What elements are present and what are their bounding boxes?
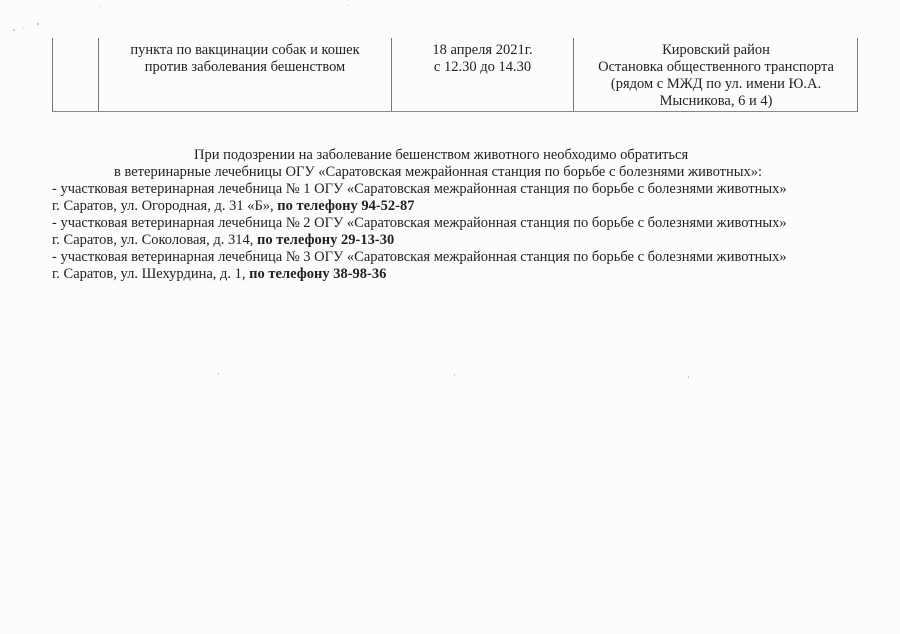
place-line: Кировский район (574, 42, 858, 59)
clinic-phone: по телефону 94-52-87 (277, 198, 414, 214)
clinic-name: - участковая ветеринарная лечебница № 1 … (52, 181, 852, 198)
clinic-address-line: г. Саратов, ул. Соколовая, д. 314, по те… (52, 232, 852, 249)
vaccination-schedule-table: пункта по вакцинации собак и кошек проти… (52, 38, 858, 112)
scan-speck (454, 374, 455, 376)
scan-speck (218, 373, 219, 375)
clinic-address: г. Саратов, ул. Соколовая, д. 314, (52, 232, 257, 248)
time-line: с 12.30 до 14.30 (392, 59, 573, 76)
scan-speck (688, 376, 689, 378)
place-line: Остановка общественного транспорта (574, 59, 858, 76)
clinic-name: - участковая ветеринарная лечебница № 3 … (52, 249, 852, 266)
scan-speck (37, 23, 39, 25)
notice-subheading: в ветеринарные лечебницы ОГУ «Саратовска… (52, 164, 852, 181)
clinic-address: г. Саратов, ул. Шехурдина, д. 1, (52, 266, 249, 282)
scan-speck (13, 29, 15, 31)
scan-speck (100, 6, 101, 7)
table-cell-place: Кировский район Остановка общественного … (574, 38, 858, 111)
clinic-address-line: г. Саратов, ул. Огородная, д. 31 «Б», по… (52, 198, 852, 215)
clinic-phone: по телефону 29-13-30 (257, 232, 394, 248)
clinic-phone: по телефону 38-98-36 (249, 266, 386, 282)
document-page: пункта по вакцинации собак и кошек проти… (0, 0, 900, 634)
date-line: 18 апреля 2021г. (392, 42, 573, 59)
clinic-address: г. Саратов, ул. Огородная, д. 31 «Б», (52, 198, 277, 214)
clinic-name: - участковая ветеринарная лечебница № 2 … (52, 215, 852, 232)
rabies-notice: При подозрении на заболевание бешенством… (52, 147, 852, 283)
event-line: пункта по вакцинации собак и кошек (99, 42, 391, 59)
clinic-address-line: г. Саратов, ул. Шехурдина, д. 1, по теле… (52, 266, 852, 283)
scan-speck (348, 5, 349, 6)
place-line: (рядом с МЖД по ул. имени Ю.А. (574, 76, 858, 93)
scan-speck (23, 27, 24, 28)
event-line: против заболевания бешенством (99, 59, 391, 76)
notice-heading: При подозрении на заболевание бешенством… (52, 147, 852, 164)
table-cell-event: пункта по вакцинации собак и кошек проти… (99, 38, 392, 111)
table-cell-date: 18 апреля 2021г. с 12.30 до 14.30 (392, 38, 574, 111)
table-cell-number (53, 38, 99, 111)
place-line: Мысникова, 6 и 4) (574, 93, 858, 110)
